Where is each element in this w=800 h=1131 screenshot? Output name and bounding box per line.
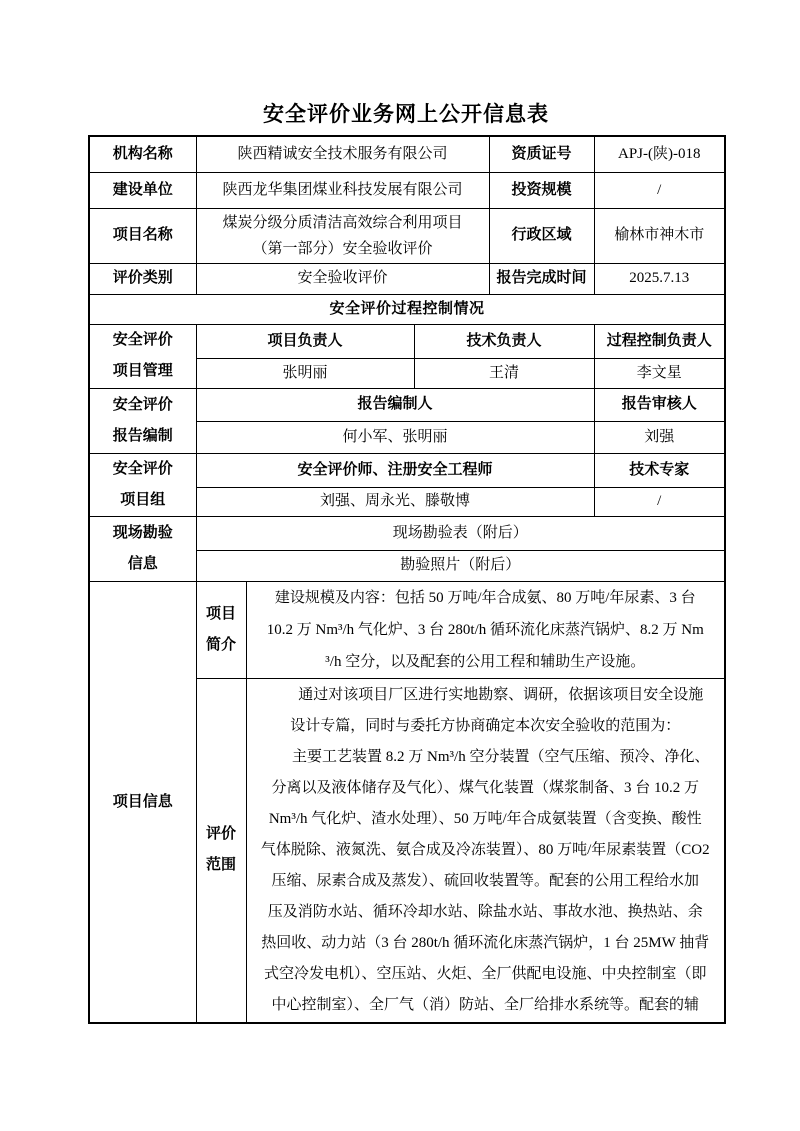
project-info-label: 项目信息 <box>89 581 196 1023</box>
cert-no-value: APJ-(陕)-018 <box>594 136 725 172</box>
investment-label: 投资规模 <box>489 172 594 208</box>
report-date-label: 报告完成时间 <box>489 263 594 294</box>
table-row: 项目名称 煤炭分级分质清洁高效综合利用项目 （第一部分）安全验收评价 行政区域 … <box>89 208 725 263</box>
category-label: 评价类别 <box>89 263 196 294</box>
scope-line: 分离以及液体储存及气化）、煤气化装置（煤浆制备、3 台 10.2 万 <box>249 773 723 804</box>
scope-line: 压及消防水站、循环冷却水站、除盐水站、事故水池、换热站、余 <box>249 897 723 928</box>
scope-line: 气体脱除、液氮洗、氨合成及冷冻装置）、80 万吨/年尿素装置（CO2 <box>249 835 723 866</box>
reviewer-value: 刘强 <box>594 421 725 453</box>
scope-line: Nm³/h 气化炉、渣水处理）、50 万吨/年合成氨装置（含变换、酸性 <box>249 804 723 835</box>
process-lead-header: 过程控制负责人 <box>594 324 725 358</box>
table-row: 现场勘验 信息 现场勘验表（附后） <box>89 516 725 550</box>
site-survey-photos: 勘验照片（附后） <box>196 550 725 581</box>
page-title: 安全评价业务网上公开信息表 <box>88 99 724 129</box>
table-row: 安全评价 报告编制 报告编制人 报告审核人 <box>89 388 725 421</box>
project-team-label: 安全评价 项目组 <box>89 453 196 516</box>
tech-lead-value: 王清 <box>414 358 594 388</box>
table-row: 安全评价过程控制情况 <box>89 294 725 324</box>
team-members-value: 刘强、周永光、滕敬博 <box>196 487 594 516</box>
project-name-value: 煤炭分级分质清洁高效综合利用项目 （第一部分）安全验收评价 <box>196 208 489 263</box>
table-row: 项目信息 项目 简介 建设规模及内容：包括 50 万吨/年合成氨、80 万吨/年… <box>89 581 725 678</box>
category-value: 安全验收评价 <box>196 263 489 294</box>
region-value: 榆林市神木市 <box>594 208 725 263</box>
table-row: 安全评价 项目管理 项目负责人 技术负责人 过程控制负责人 <box>89 324 725 358</box>
org-name-value: 陕西精诚安全技术服务有限公司 <box>196 136 489 172</box>
team-members-header: 安全评价师、注册安全工程师 <box>196 453 594 487</box>
section-header: 安全评价过程控制情况 <box>89 294 725 324</box>
info-table: 机构名称 陕西精诚安全技术服务有限公司 资质证号 APJ-(陕)-018 建设单… <box>88 135 726 1024</box>
table-row: 建设单位 陕西龙华集团煤业科技发展有限公司 投资规模 / <box>89 172 725 208</box>
scope-line: 通过对该项目厂区进行实地勘察、调研，依据该项目安全设施 <box>249 680 723 711</box>
tech-lead-header: 技术负责人 <box>414 324 594 358</box>
scope-line: 设计专篇，同时与委托方协商确定本次安全验收的范围为： <box>249 711 723 742</box>
scope-line: 中心控制室）、全厂气（消）防站、全厂给排水系统等。配套的辅 <box>249 990 723 1021</box>
compilers-value: 何小军、张明丽 <box>196 421 594 453</box>
brief-line: 建设规模及内容：包括 50 万吨/年合成氨、80 万吨/年尿素、3 台 <box>249 582 723 614</box>
project-name-line2: （第一部分）安全验收评价 <box>199 236 487 262</box>
builder-label: 建设单位 <box>89 172 196 208</box>
evaluation-scope-label: 评价 范围 <box>196 678 246 1023</box>
builder-value: 陕西龙华集团煤业科技发展有限公司 <box>196 172 489 208</box>
tech-experts-header: 技术专家 <box>594 453 725 487</box>
project-lead-value: 张明丽 <box>196 358 414 388</box>
scope-line: 主要工艺装置 8.2 万 Nm³/h 空分装置（空气压缩、预冷、净化、 <box>249 742 723 773</box>
document-page: 安全评价业务网上公开信息表 机构名称 陕西精诚安全技术服务有限公司 资质证号 A… <box>0 0 800 1131</box>
site-survey-label: 现场勘验 信息 <box>89 516 196 581</box>
investment-value: / <box>594 172 725 208</box>
project-lead-header: 项目负责人 <box>196 324 414 358</box>
cert-no-label: 资质证号 <box>489 136 594 172</box>
evaluation-scope-text: 通过对该项目厂区进行实地勘察、调研，依据该项目安全设施 设计专篇，同时与委托方协… <box>246 678 725 1023</box>
brief-line: 10.2 万 Nm³/h 气化炉、3 台 280t/h 循环流化床蒸汽锅炉、8.… <box>249 614 723 646</box>
project-brief-label: 项目 简介 <box>196 581 246 678</box>
site-survey-form: 现场勘验表（附后） <box>196 516 725 550</box>
project-name-label: 项目名称 <box>89 208 196 263</box>
table-row: 安全评价 项目组 安全评价师、注册安全工程师 技术专家 <box>89 453 725 487</box>
table-row: 机构名称 陕西精诚安全技术服务有限公司 资质证号 APJ-(陕)-018 <box>89 136 725 172</box>
report-compilation-label: 安全评价 报告编制 <box>89 388 196 453</box>
report-date-value: 2025.7.13 <box>594 263 725 294</box>
compilers-header: 报告编制人 <box>196 388 594 421</box>
region-label: 行政区域 <box>489 208 594 263</box>
brief-line: ³/h 空分，以及配套的公用工程和辅助生产设施。 <box>249 646 723 678</box>
org-name-label: 机构名称 <box>89 136 196 172</box>
project-management-label: 安全评价 项目管理 <box>89 324 196 388</box>
process-lead-value: 李文星 <box>594 358 725 388</box>
scope-line: 热回收、动力站（3 台 280t/h 循环流化床蒸汽锅炉，1 台 25MW 抽背 <box>249 928 723 959</box>
project-brief-text: 建设规模及内容：包括 50 万吨/年合成氨、80 万吨/年尿素、3 台 10.2… <box>246 581 725 678</box>
scope-line: 式空冷发电机）、空压站、火炬、全厂供配电设施、中央控制室（即 <box>249 959 723 990</box>
scope-line: 压缩、尿素合成及蒸发）、硫回收装置等。配套的公用工程给水加 <box>249 866 723 897</box>
project-name-line1: 煤炭分级分质清洁高效综合利用项目 <box>199 210 487 236</box>
reviewer-header: 报告审核人 <box>594 388 725 421</box>
tech-experts-value: / <box>594 487 725 516</box>
table-row: 评价类别 安全验收评价 报告完成时间 2025.7.13 <box>89 263 725 294</box>
